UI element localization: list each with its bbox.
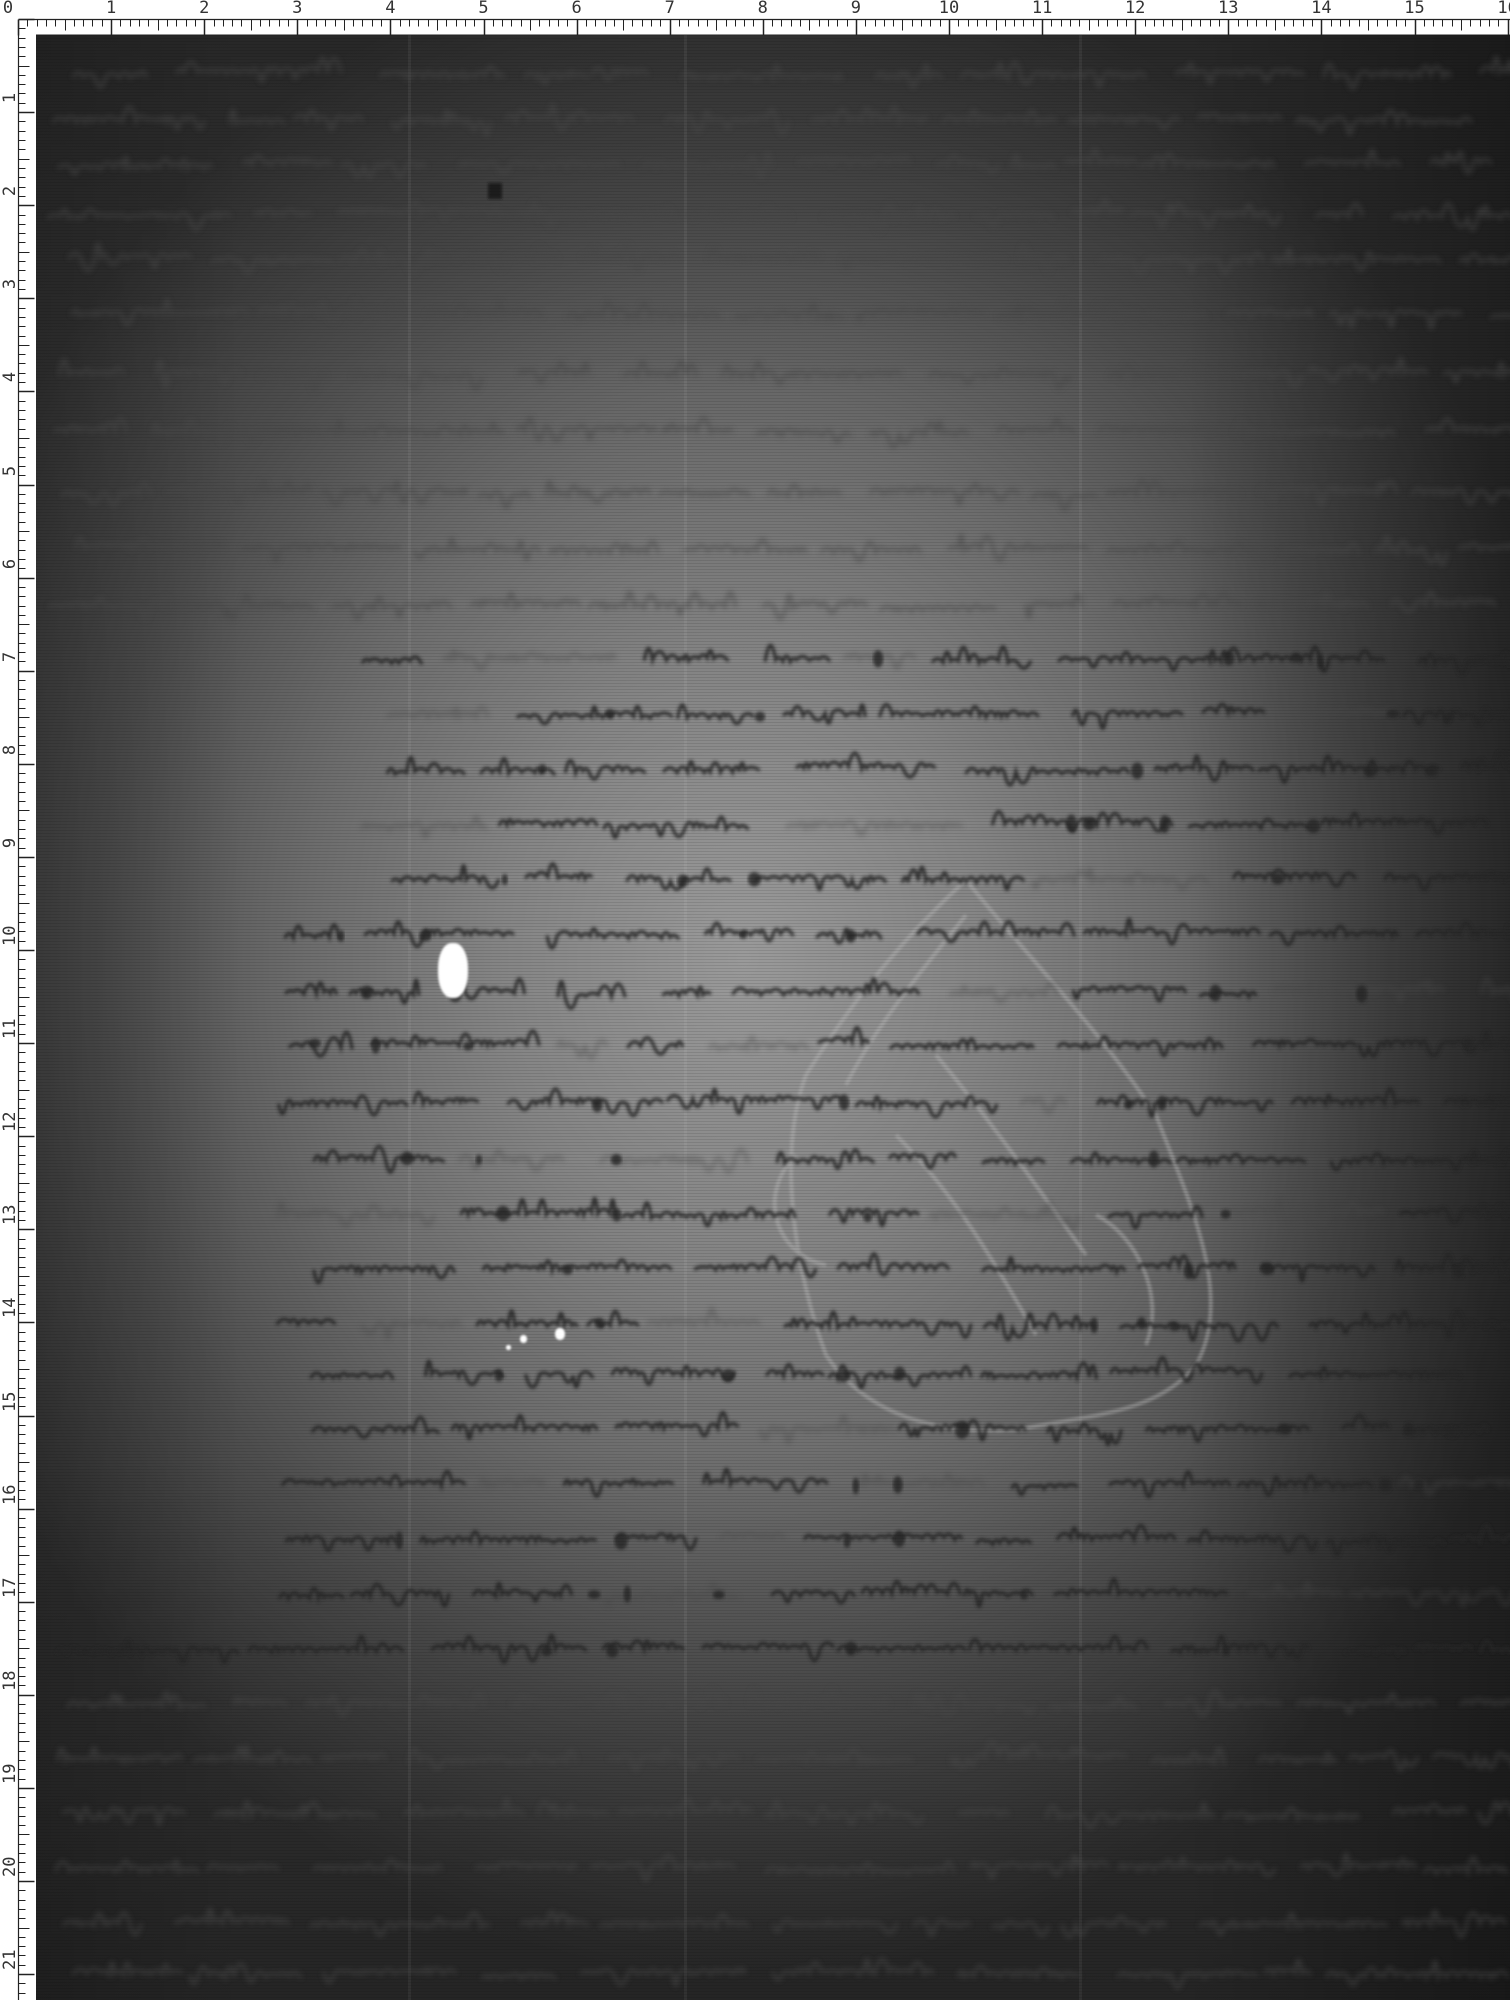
parchment-hole xyxy=(520,1335,527,1343)
parchment-hole xyxy=(438,943,468,998)
parchment-hole xyxy=(506,1345,511,1350)
scanline-texture xyxy=(36,35,1510,2000)
manuscript-scan-image: Εχρην ἀρδευουσ λογος προβαλεῖν xyxy=(36,35,1510,2000)
parchment-hole xyxy=(555,1328,565,1340)
